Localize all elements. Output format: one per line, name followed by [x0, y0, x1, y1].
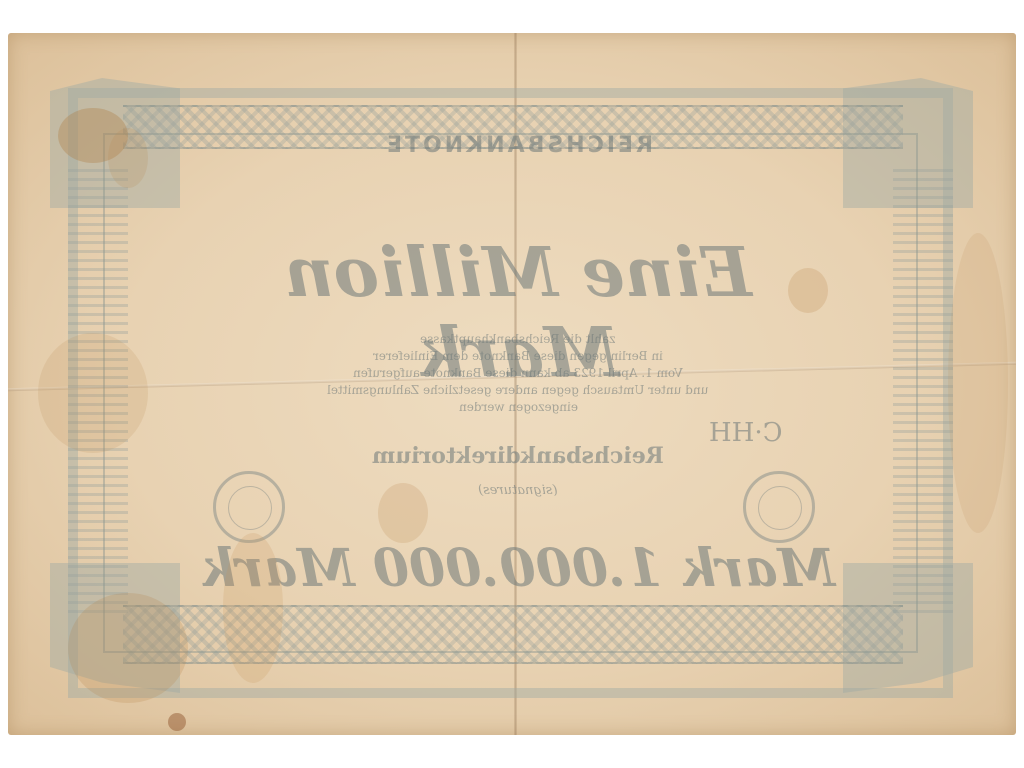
seal-right	[743, 471, 815, 543]
stain	[378, 483, 428, 543]
header-text: REICHSBANKNOTE	[328, 133, 708, 158]
amount-line: Mark 1.000.000 Mark	[188, 538, 848, 599]
banknote: REICHSBANKNOTE Eine Million Mark zahlt d…	[8, 33, 1016, 735]
stain	[948, 233, 1008, 533]
stain	[168, 713, 186, 731]
stain	[68, 593, 188, 703]
issuing-authority: Reichsbankdirektorium	[308, 443, 728, 469]
seal-left	[213, 471, 285, 543]
stain	[788, 268, 828, 313]
signatures: (signatures)	[308, 483, 728, 498]
stain	[223, 533, 283, 683]
stain	[38, 333, 148, 453]
stain	[108, 128, 148, 188]
legal-text: zahlt die Reichsbankhauptkasse in Berlin…	[308, 331, 728, 416]
